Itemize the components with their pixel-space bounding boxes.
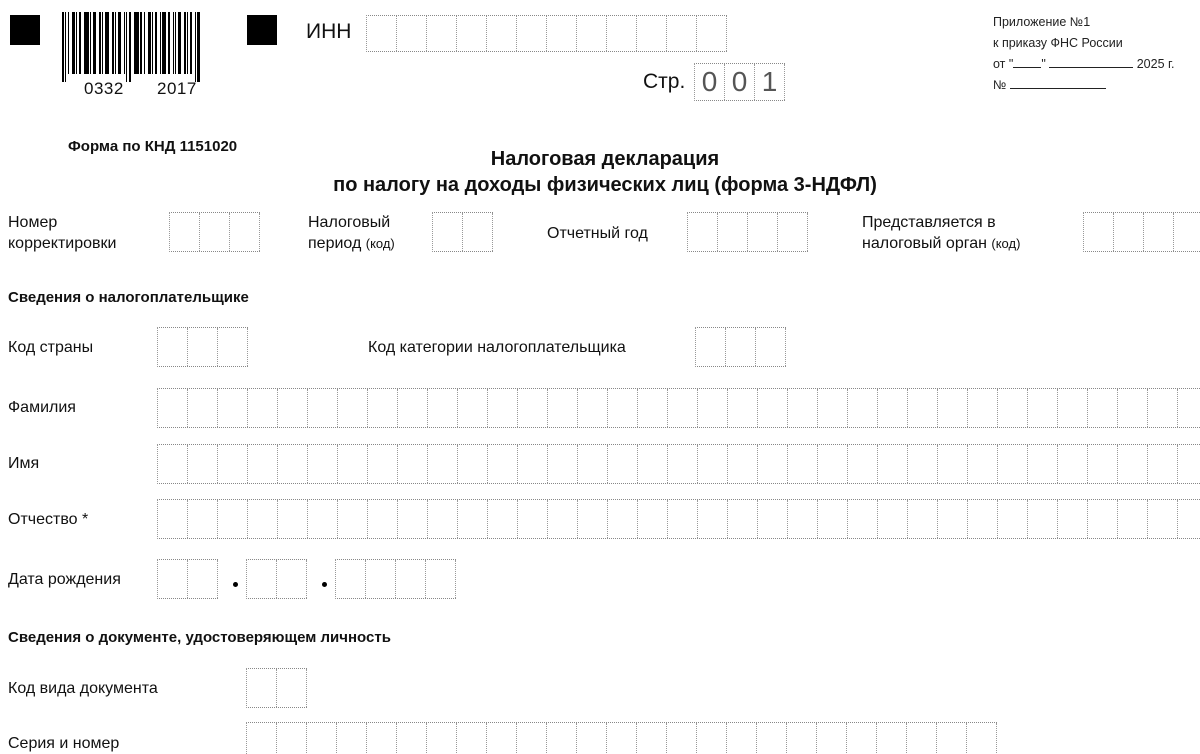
char-cell[interactable] (608, 500, 638, 538)
char-cell[interactable] (748, 213, 778, 251)
char-cell[interactable] (158, 500, 188, 538)
char-cell[interactable] (308, 500, 338, 538)
char-cell[interactable] (1178, 500, 1200, 538)
char-cell[interactable] (607, 723, 637, 754)
date-separator-dot (233, 582, 238, 587)
authority-label-text: налоговый орган (862, 235, 987, 252)
char-cell[interactable] (488, 500, 518, 538)
char-cell[interactable] (608, 389, 638, 427)
surname-label: Фамилия (8, 397, 76, 418)
period-label-code: (код) (366, 236, 395, 251)
char-cell[interactable] (667, 16, 697, 51)
char-cell[interactable] (397, 16, 427, 51)
char-cell[interactable] (487, 16, 517, 51)
inn-label: ИНН (306, 20, 351, 44)
char-cell[interactable] (398, 445, 428, 483)
authority-label-line1: Представляется в (862, 212, 1020, 233)
char-cell[interactable] (1084, 213, 1114, 251)
char-cell[interactable] (1028, 445, 1058, 483)
char-cell[interactable] (188, 445, 218, 483)
char-cell[interactable] (398, 389, 428, 427)
char-cell[interactable] (758, 445, 788, 483)
char-cell[interactable] (218, 328, 248, 366)
char-cell[interactable] (608, 445, 638, 483)
char-cell[interactable] (247, 560, 277, 598)
char-cell[interactable] (697, 723, 727, 754)
correction-number-field[interactable] (169, 212, 260, 252)
appendix-day-blank (1013, 56, 1041, 68)
series-number-field[interactable] (246, 722, 997, 754)
char-cell[interactable] (1088, 445, 1118, 483)
appendix-year: 2025 г. (1137, 57, 1175, 71)
taxpayer-section-title: Сведения о налогоплательщике (8, 289, 249, 306)
char-cell[interactable] (366, 560, 396, 598)
correction-label-line2: корректировки (8, 233, 116, 254)
char-cell[interactable] (1118, 389, 1148, 427)
char-cell[interactable] (788, 445, 818, 483)
form-title-line2: по налогу на доходы физических лиц (форм… (250, 172, 960, 198)
char-cell[interactable] (698, 500, 728, 538)
char-cell[interactable] (727, 723, 757, 754)
tax-authority-field[interactable] (1083, 212, 1200, 252)
char-cell[interactable] (577, 723, 607, 754)
char-cell[interactable] (818, 389, 848, 427)
char-cell[interactable] (427, 723, 457, 754)
char-cell[interactable] (668, 389, 698, 427)
char-cell[interactable] (1028, 500, 1058, 538)
char-cell[interactable] (458, 500, 488, 538)
char-cell[interactable] (230, 213, 260, 251)
char-cell[interactable] (968, 445, 998, 483)
birth-year-field[interactable] (335, 559, 456, 599)
reporting-year-field[interactable] (687, 212, 808, 252)
char-cell[interactable] (547, 16, 577, 51)
char-cell[interactable] (758, 389, 788, 427)
char-cell[interactable] (338, 500, 368, 538)
char-cell[interactable] (848, 445, 878, 483)
appendix-line3: от "" 2025 г. (993, 54, 1175, 75)
char-cell[interactable] (367, 16, 397, 51)
appendix-line2: к приказу ФНС России (993, 33, 1175, 54)
char-cell[interactable] (698, 389, 728, 427)
char-cell[interactable] (878, 389, 908, 427)
char-cell[interactable] (548, 500, 578, 538)
char-cell[interactable] (696, 328, 726, 366)
char-cell[interactable] (1148, 445, 1178, 483)
char-cell[interactable] (1174, 213, 1200, 251)
char-cell[interactable] (426, 560, 456, 598)
char-cell[interactable] (637, 16, 667, 51)
char-cell[interactable] (338, 389, 368, 427)
char-cell[interactable] (607, 16, 637, 51)
char-cell[interactable] (548, 389, 578, 427)
char-cell[interactable] (1118, 445, 1148, 483)
page-digit-cell[interactable]: 0 (725, 64, 755, 100)
char-cell[interactable] (188, 389, 218, 427)
char-cell[interactable] (968, 500, 998, 538)
char-cell[interactable] (1028, 389, 1058, 427)
char-cell[interactable] (757, 723, 787, 754)
char-cell[interactable] (878, 445, 908, 483)
appendix-date-quote: " (1041, 57, 1045, 71)
char-cell[interactable] (818, 500, 848, 538)
char-cell[interactable] (1058, 389, 1088, 427)
char-cell[interactable] (726, 328, 756, 366)
name-field[interactable] (157, 444, 1200, 484)
char-cell[interactable] (788, 500, 818, 538)
char-cell[interactable] (937, 723, 967, 754)
identity-section-title: Сведения о документе, удостоверяющем лич… (8, 629, 391, 646)
char-cell[interactable] (278, 445, 308, 483)
char-cell[interactable] (1114, 213, 1144, 251)
name-label: Имя (8, 453, 39, 474)
alignment-marker-right (247, 15, 277, 45)
char-cell[interactable] (1088, 389, 1118, 427)
char-cell[interactable] (908, 445, 938, 483)
page-label: Стр. (643, 70, 685, 94)
char-cell[interactable] (577, 16, 607, 51)
char-cell[interactable] (878, 500, 908, 538)
form-title: Налоговая декларация по налогу на доходы… (250, 146, 960, 198)
char-cell[interactable] (278, 500, 308, 538)
authority-label-line2: налоговый орган (код) (862, 233, 1020, 254)
country-code-field[interactable] (157, 327, 248, 367)
char-cell[interactable] (667, 723, 697, 754)
period-label-text: период (308, 235, 361, 252)
char-cell[interactable] (908, 389, 938, 427)
year-label: Отчетный год (547, 223, 648, 244)
char-cell[interactable] (248, 500, 278, 538)
char-cell[interactable] (247, 723, 277, 754)
char-cell[interactable] (967, 723, 997, 754)
char-cell[interactable] (638, 500, 668, 538)
char-cell[interactable] (277, 723, 307, 754)
char-cell[interactable] (433, 213, 463, 251)
char-cell[interactable] (248, 389, 278, 427)
doc-type-field[interactable] (246, 668, 307, 708)
char-cell[interactable] (368, 500, 398, 538)
char-cell[interactable] (1144, 213, 1174, 251)
char-cell[interactable] (488, 445, 518, 483)
char-cell[interactable] (1178, 389, 1200, 427)
char-cell[interactable] (668, 445, 698, 483)
char-cell[interactable] (998, 445, 1028, 483)
char-cell[interactable] (428, 445, 458, 483)
char-cell[interactable] (697, 16, 727, 51)
tax-period-field[interactable] (432, 212, 493, 252)
char-cell[interactable] (787, 723, 817, 754)
char-cell[interactable] (158, 389, 188, 427)
char-cell[interactable] (278, 389, 308, 427)
char-cell[interactable] (307, 723, 337, 754)
char-cell[interactable] (688, 213, 718, 251)
char-cell[interactable] (518, 500, 548, 538)
alignment-marker-left (10, 15, 40, 45)
char-cell[interactable] (336, 560, 366, 598)
char-cell[interactable] (248, 445, 278, 483)
barcode (62, 12, 202, 82)
char-cell[interactable] (578, 389, 608, 427)
char-cell[interactable] (428, 389, 458, 427)
char-cell[interactable] (218, 500, 248, 538)
char-cell[interactable] (158, 445, 188, 483)
char-cell[interactable] (938, 389, 968, 427)
char-cell[interactable] (877, 723, 907, 754)
char-cell[interactable] (458, 445, 488, 483)
birth-month-field[interactable] (246, 559, 307, 599)
form-title-line1: Налоговая декларация (250, 146, 960, 172)
char-cell[interactable] (200, 213, 230, 251)
char-cell[interactable] (517, 16, 547, 51)
correction-label: Номер корректировки (8, 212, 116, 254)
char-cell[interactable] (998, 389, 1028, 427)
char-cell[interactable] (308, 389, 338, 427)
patronymic-label: Отчество * (8, 509, 88, 530)
char-cell[interactable] (1148, 389, 1178, 427)
char-cell[interactable] (998, 500, 1028, 538)
char-cell[interactable] (698, 445, 728, 483)
appendix-number-blank (1010, 77, 1106, 89)
char-cell[interactable] (788, 389, 818, 427)
char-cell[interactable] (457, 16, 487, 51)
surname-field[interactable] (157, 388, 1200, 428)
char-cell[interactable] (578, 445, 608, 483)
char-cell[interactable] (277, 560, 307, 598)
char-cell[interactable] (1118, 500, 1148, 538)
barcode-bars (62, 12, 202, 82)
char-cell[interactable] (547, 723, 577, 754)
char-cell[interactable] (1058, 500, 1088, 538)
char-cell[interactable] (548, 445, 578, 483)
char-cell[interactable] (968, 389, 998, 427)
char-cell[interactable] (218, 389, 248, 427)
inn-field[interactable] (366, 15, 727, 52)
date-separator-dot (322, 582, 327, 587)
doc-type-label: Код вида документа (8, 678, 158, 699)
period-label: Налоговый период (код) (308, 212, 395, 254)
page-digit-cell[interactable]: 1 (755, 64, 785, 100)
birth-day-field[interactable] (157, 559, 218, 599)
char-cell[interactable] (458, 389, 488, 427)
appendix-number-prefix: № (993, 78, 1006, 92)
char-cell[interactable] (188, 560, 218, 598)
char-cell[interactable] (938, 445, 968, 483)
char-cell[interactable] (398, 500, 428, 538)
appendix-date-prefix: от " (993, 57, 1013, 71)
char-cell[interactable] (728, 445, 758, 483)
char-cell[interactable] (718, 213, 748, 251)
char-cell[interactable] (668, 500, 698, 538)
series-number-label: Серия и номер (8, 733, 119, 754)
period-label-line2: период (код) (308, 233, 395, 254)
appendix-month-blank (1049, 56, 1133, 68)
char-cell[interactable] (368, 389, 398, 427)
country-code-label: Код страны (8, 337, 93, 358)
char-cell[interactable] (756, 328, 786, 366)
char-cell[interactable] (908, 500, 938, 538)
char-cell[interactable] (938, 500, 968, 538)
char-cell[interactable] (487, 723, 517, 754)
birth-date-label: Дата рождения (8, 569, 121, 590)
char-cell[interactable] (188, 500, 218, 538)
char-cell[interactable] (218, 445, 248, 483)
char-cell[interactable] (277, 669, 307, 707)
char-cell[interactable] (457, 723, 487, 754)
char-cell[interactable] (1088, 500, 1118, 538)
char-cell[interactable] (818, 445, 848, 483)
char-cell[interactable] (817, 723, 847, 754)
char-cell[interactable] (1058, 445, 1088, 483)
correction-label-line1: Номер (8, 212, 116, 233)
period-label-line1: Налоговый (308, 212, 395, 233)
category-code-label: Код категории налогоплательщика (368, 337, 626, 358)
barcode-number-right: 2017 (157, 79, 197, 99)
char-cell[interactable] (638, 445, 668, 483)
char-cell[interactable] (728, 500, 758, 538)
char-cell[interactable] (778, 213, 808, 251)
char-cell[interactable] (1148, 500, 1178, 538)
char-cell[interactable] (848, 389, 878, 427)
char-cell[interactable] (728, 389, 758, 427)
char-cell[interactable] (188, 328, 218, 366)
authority-label-code: (код) (991, 236, 1020, 251)
char-cell[interactable] (637, 723, 667, 754)
char-cell[interactable] (1178, 445, 1200, 483)
appendix-line1: Приложение №1 (993, 12, 1175, 33)
char-cell[interactable] (428, 500, 458, 538)
char-cell[interactable] (907, 723, 937, 754)
char-cell[interactable] (463, 213, 493, 251)
char-cell[interactable] (170, 213, 200, 251)
char-cell[interactable] (427, 16, 457, 51)
char-cell[interactable] (158, 328, 188, 366)
char-cell[interactable] (367, 723, 397, 754)
char-cell[interactable] (518, 445, 548, 483)
char-cell[interactable] (848, 500, 878, 538)
authority-label: Представляется в налоговый орган (код) (862, 212, 1020, 254)
char-cell[interactable] (308, 445, 338, 483)
char-cell[interactable] (337, 723, 367, 754)
appendix-line4: № (993, 75, 1175, 96)
barcode-number-left: 0332 (84, 79, 124, 99)
category-code-field[interactable] (695, 327, 786, 367)
knd-code: Форма по КНД 1151020 (68, 138, 237, 155)
page-digit-cell[interactable]: 0 (695, 64, 725, 100)
char-cell[interactable] (158, 560, 188, 598)
char-cell[interactable] (638, 389, 668, 427)
char-cell[interactable] (396, 560, 426, 598)
char-cell[interactable] (758, 500, 788, 538)
char-cell[interactable] (578, 500, 608, 538)
appendix-note: Приложение №1 к приказу ФНС России от ""… (993, 12, 1175, 96)
char-cell[interactable] (368, 445, 398, 483)
char-cell[interactable] (247, 669, 277, 707)
char-cell[interactable] (488, 389, 518, 427)
char-cell[interactable] (338, 445, 368, 483)
char-cell[interactable] (518, 389, 548, 427)
page-number-field[interactable]: 001 (694, 63, 785, 101)
char-cell[interactable] (847, 723, 877, 754)
char-cell[interactable] (517, 723, 547, 754)
patronymic-field[interactable] (157, 499, 1200, 539)
char-cell[interactable] (397, 723, 427, 754)
